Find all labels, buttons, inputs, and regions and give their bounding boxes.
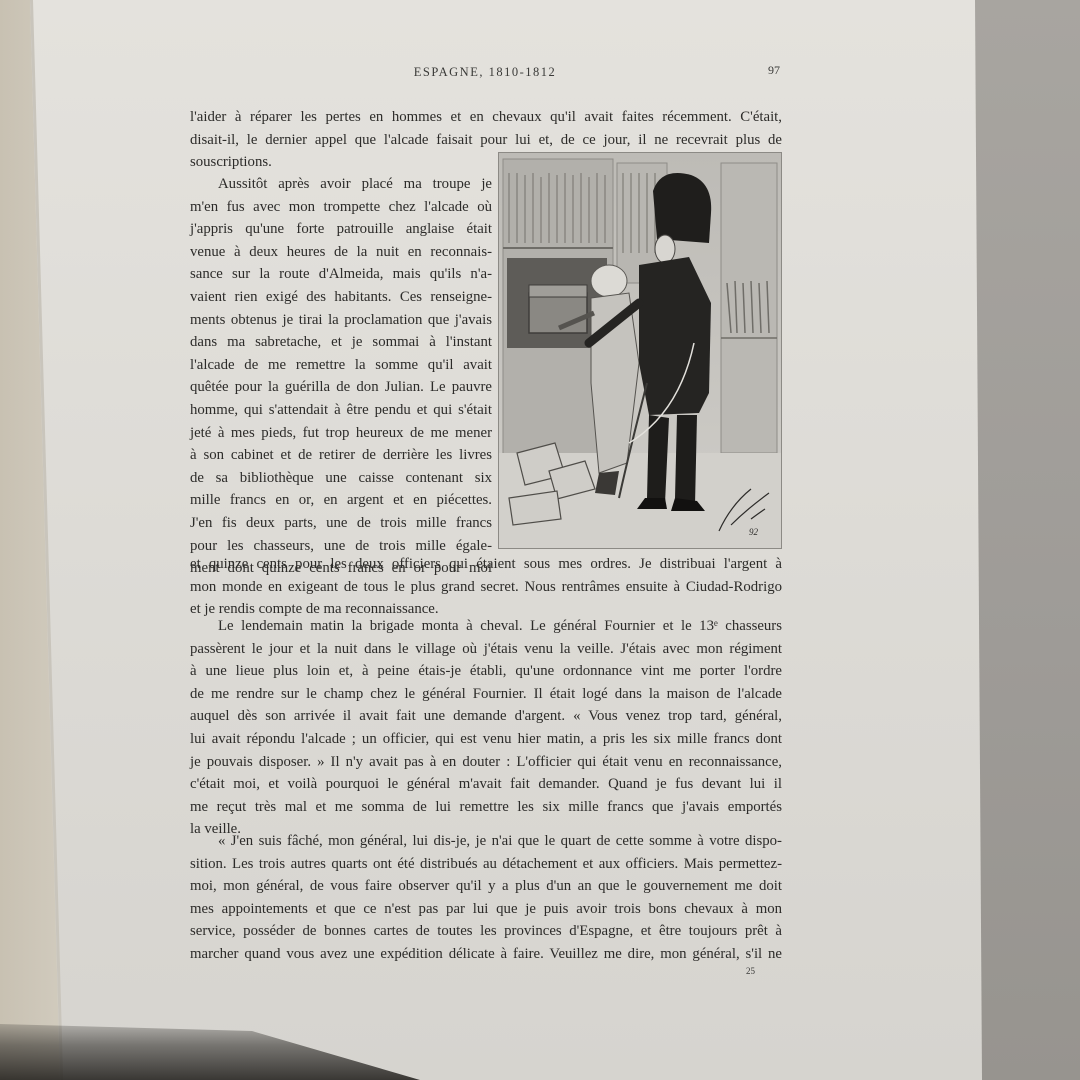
text-line: « J'en suis fâché, mon général, lui dis-… (190, 830, 782, 853)
text-line: sance sur la route d'Almeida, mais qu'il… (190, 263, 492, 286)
text-line: je pouvais disposer. » Il n'y avait pas … (190, 751, 782, 774)
text-line: à une lieue plus loin et, à peine étais-… (190, 660, 782, 683)
text-line: Le lendemain matin la brigade monta à ch… (190, 615, 782, 638)
text-line: quêtée pour la guérilla de don Julian. L… (190, 376, 492, 399)
text-line: à son cabinet et de retirer de derrière … (190, 444, 492, 467)
signature-mark: 25 (746, 966, 755, 976)
text-line: sition. Les trois autres quarts ont été … (190, 853, 782, 876)
text-line: mes appointements et que ce n'est pas pa… (190, 898, 782, 921)
text-line: lui avait répondu l'alcade ; un officier… (190, 728, 782, 751)
paragraph-2: Le lendemain matin la brigade monta à ch… (190, 615, 782, 841)
artist-year: 92 (749, 527, 759, 537)
text-line: J'en fis deux parts, une de trois mille … (190, 512, 492, 535)
text-line: j'appris qu'une forte patrouille anglais… (190, 218, 492, 241)
text-line: Aussitôt après avoir placé ma troupe je (190, 173, 492, 196)
engraving-artwork: 92 (499, 153, 781, 548)
text-line: jeté à mes pieds, fut trop heureux de me… (190, 422, 492, 445)
paragraph-wrapped: Aussitôt après avoir placé ma troupe je … (190, 173, 492, 580)
text-line: mon monde en exigeant de tous le plus gr… (190, 576, 782, 599)
text-line: vaient rien exigé des habitants. Ces ren… (190, 286, 492, 309)
text-line: ments obtenus je tirai la proclamation q… (190, 309, 492, 332)
running-head-title: ESPAGNE, 1810-1812 (190, 65, 780, 80)
text-line: et quinze cents pour les deux officiers … (190, 553, 782, 576)
text-line: auquel dès son arrivée il avait fait une… (190, 705, 782, 728)
text-line: m'en fus avec mon trompette chez l'alcad… (190, 196, 492, 219)
background-right (970, 0, 1080, 1080)
text-line: service, posséder de bonnes cartes de to… (190, 920, 782, 943)
text-line: marcher quand vous avez une expédition d… (190, 943, 782, 966)
text-line: de me rendre sur le champ chez le généra… (190, 683, 782, 706)
engraving-illustration: 92 (498, 152, 782, 549)
text-line: moi, mon général, de vous faire observer… (190, 875, 782, 898)
text-line: c'était moi, et voilà pourquoi le généra… (190, 773, 782, 796)
paragraph-3: « J'en suis fâché, mon général, lui dis-… (190, 830, 782, 966)
text-line: passèrent le jour et la nuit dans le vil… (190, 638, 782, 661)
text-line: mille francs en or, en argent et en piéc… (190, 489, 492, 512)
text-line: l'alcade de me remettre la somme qu'il a… (190, 354, 492, 377)
paragraph-wrapped-continued: et quinze cents pour les deux officiers … (190, 553, 782, 621)
text-line: disait-il, le dernier appel que l'alcade… (190, 129, 782, 152)
text-line: de sa bibliothèque une caisse contenant … (190, 467, 492, 490)
text-line: l'aider à réparer les pertes en hommes e… (190, 106, 782, 129)
text-line: homme, qui s'attendait à être pendu et q… (190, 399, 492, 422)
text-line: dans ma sabretache, et je sommai à l'ins… (190, 331, 492, 354)
text-line: venue à deux heures de la nuit en reconn… (190, 241, 492, 264)
page-number: 97 (768, 63, 780, 78)
text-line: me reçut très mal et me somma de lui rem… (190, 796, 782, 819)
